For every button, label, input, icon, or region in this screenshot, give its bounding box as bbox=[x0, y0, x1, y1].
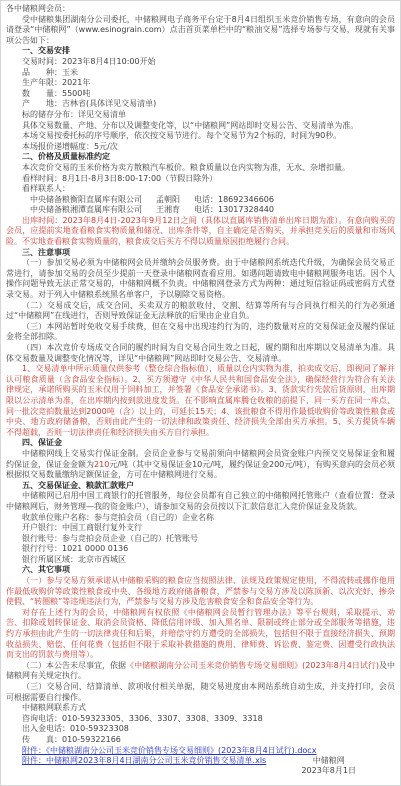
intro-paragraph: 受中储粮集团湖南分公司委托，中储粮网电子商务平台定于8月4日组织玉米竞价销售专场… bbox=[6, 15, 395, 47]
contact-company: 中央储备粮衡阳直属库有限公司 bbox=[30, 195, 142, 204]
section1-title: 一、交易安排 bbox=[6, 46, 395, 57]
notice-paragraph-5-red: 1、交易清单中所示质量仅供参考（整仓综合指标值），质量以仓内实物为准，拍卖成交后… bbox=[6, 364, 395, 438]
quantity-note-line: 具体交易数量、产地、分布以及调整变化等，以“中储粮网”网站即时交易公告、交易清单… bbox=[6, 121, 395, 132]
other-paragraph-3: （二）本公告未尽事宜，依据《中储粮湖南分公司玉米竞价销售专场交易细则》(2023… bbox=[6, 661, 395, 682]
fund-phone-line: 出入金电话：010-59323308 bbox=[6, 724, 395, 735]
fax-line: 传 真：010-59322166 bbox=[6, 735, 395, 746]
section2-title: 二、价格及质量标准约定 bbox=[6, 152, 395, 163]
commodity-line: 品 种：玉米 bbox=[6, 68, 395, 79]
bank-region-line: 银行所属区域：北京市西城区 bbox=[6, 555, 395, 566]
bank-custody-paragraph: 中储粮网已启用中国工商银行的托管服务，每位会员都有自己独立的中储粮网托管账户（查… bbox=[6, 491, 395, 512]
deposit-amount: 210 bbox=[94, 460, 109, 469]
section5-title: 五、交易保证金、粮款汇款账户 bbox=[6, 481, 395, 492]
contact-name: 孟朝阳 bbox=[156, 195, 180, 204]
contact-phone: 电话：18692346606 bbox=[194, 195, 274, 204]
bid-increment-line: 本场报价递增幅度：5元/次 bbox=[6, 142, 395, 153]
outbound-time-paragraph: 出库时间：2023年8月4日-2023年9月12日之间（具体以直属库销售清单出库… bbox=[6, 216, 395, 248]
announcement-document: 各中储粮网会员： 受中储粮集团湖南分公司委托，中储粮网电子商务平台定于8月4日组… bbox=[0, 0, 401, 786]
payee-account-name-line: 收款单位账户名称：参与竞拍会员（自己的）企业名称 bbox=[6, 513, 395, 524]
notice-paragraph-4: （四）本次竞价专场成交合同的履约时间为自交易合同生效之日起，履约期和出库期以交易… bbox=[6, 343, 395, 364]
consult-phone-line: 咨询电话：010-59323305、3306、3307、3308、3309、33… bbox=[6, 714, 395, 725]
signature-date: 2023年8月1日 bbox=[301, 766, 356, 777]
signature-org: 中储粮网 bbox=[301, 756, 356, 767]
contact-phone: 电话：13017328440 bbox=[194, 205, 274, 214]
deposit-paragraph: 中储粮网线上交易实行保证金制。会员企业参与交易前须向中储粮网会员资金账户内预交交… bbox=[6, 449, 395, 481]
section6-title: 六、其它事项 bbox=[6, 565, 395, 576]
contact-name: 王湘育 bbox=[156, 205, 180, 214]
rules-title-red: 《中储粮湖南分公司玉米竞价销售专场交易细则》(2023年8月4日试行) bbox=[126, 661, 379, 670]
section3-title: 三、注意事项 bbox=[6, 248, 395, 259]
sample-contact-label: 看样联系人： bbox=[6, 184, 395, 195]
storage-distribution-line: 标的储存分布：详见交易清单 bbox=[6, 110, 395, 121]
production-year-line: 生产年限：2021年 bbox=[6, 78, 395, 89]
sample-contact-row: 中央储备粮湘潭直属库有限公司王湘育电话：13017328440 bbox=[6, 205, 395, 216]
notice-paragraph-1: （一）参加交易必须为中储粮网会员并缴纳会员服务费。由于中储粮网系统迭代升级，为确… bbox=[6, 258, 395, 300]
other-paragraph-1-red: （一）参与交易方须承诺从中储粮采购的粮食应当按照法律、法规及政策规定使用，不得流… bbox=[6, 576, 395, 608]
sample-contact-row: 中央储备粮衡阳直属库有限公司孟朝阳电话：18692346606 bbox=[6, 195, 395, 206]
origin-line: 产 地：吉林省(具体详见交易清单) bbox=[6, 99, 395, 110]
signature-block: 中储粮网 2023年8月1日 bbox=[301, 756, 356, 777]
notice-paragraph-2: （二）交易成交后，成交合同、买卖双方的粮款收付、交割、结算等所有与合同执行相关的… bbox=[6, 301, 395, 322]
other-paragraph-2-red: 对存在上述行为的会员，中储粮网有权依照《中储粮网会员暂行管理办法》等平台规则，采… bbox=[6, 608, 395, 661]
rules-text-1: （二）本公告未尽事宜，依据 bbox=[22, 661, 126, 670]
other-paragraph-4: （三）交易合同、结算清单、款项收付相关单据，随交易进度由本网站系统自动生成，并支… bbox=[6, 682, 395, 703]
notice-paragraph-3: （三）本网站暂时免收交易手续费，但在交易中出现违约行为的，违约数量对应的交易保证… bbox=[6, 322, 395, 343]
trade-time-line: 交易时间：2023年8月4日10:00开始 bbox=[6, 57, 395, 68]
contact-section-title: 中储粮网联系方式 bbox=[6, 703, 395, 714]
sample-time-line: 看样时间：8月1日-8月3日8:00-17:00（节假日除外） bbox=[6, 174, 395, 185]
contact-company: 中央储备粮湘潭直属库有限公司 bbox=[30, 205, 142, 214]
quantity-line: 数 量：5500吨 bbox=[6, 89, 395, 100]
session-rule-line: 本场交易按委托标的序号顺序，依次按交易节进行。每个交易节为2个标的，时间为90秒… bbox=[6, 131, 395, 142]
attachment-link-docx[interactable]: 附件：《中储粮湖南分公司玉米竞价销售专场交易细则》(2023年8月4日试行).d… bbox=[6, 746, 395, 757]
section4-title: 四、保证金 bbox=[6, 438, 395, 449]
bank-name-line: 开户银行：中国工商银行复外支行 bbox=[6, 523, 395, 534]
price-standard-line: 本次竞价交易的玉米价格为卖方散粮汽车板价。粮食质量以仓内实物为准，无水、杂增扣量… bbox=[6, 163, 395, 174]
salutation: 各中储粮网会员： bbox=[6, 4, 395, 15]
bank-account-line: 银行账号：参与竞拍会员企业（自己的）托管账号 bbox=[6, 534, 395, 545]
bank-number-line: 银行行号：1021 0000 0136 bbox=[6, 544, 395, 555]
